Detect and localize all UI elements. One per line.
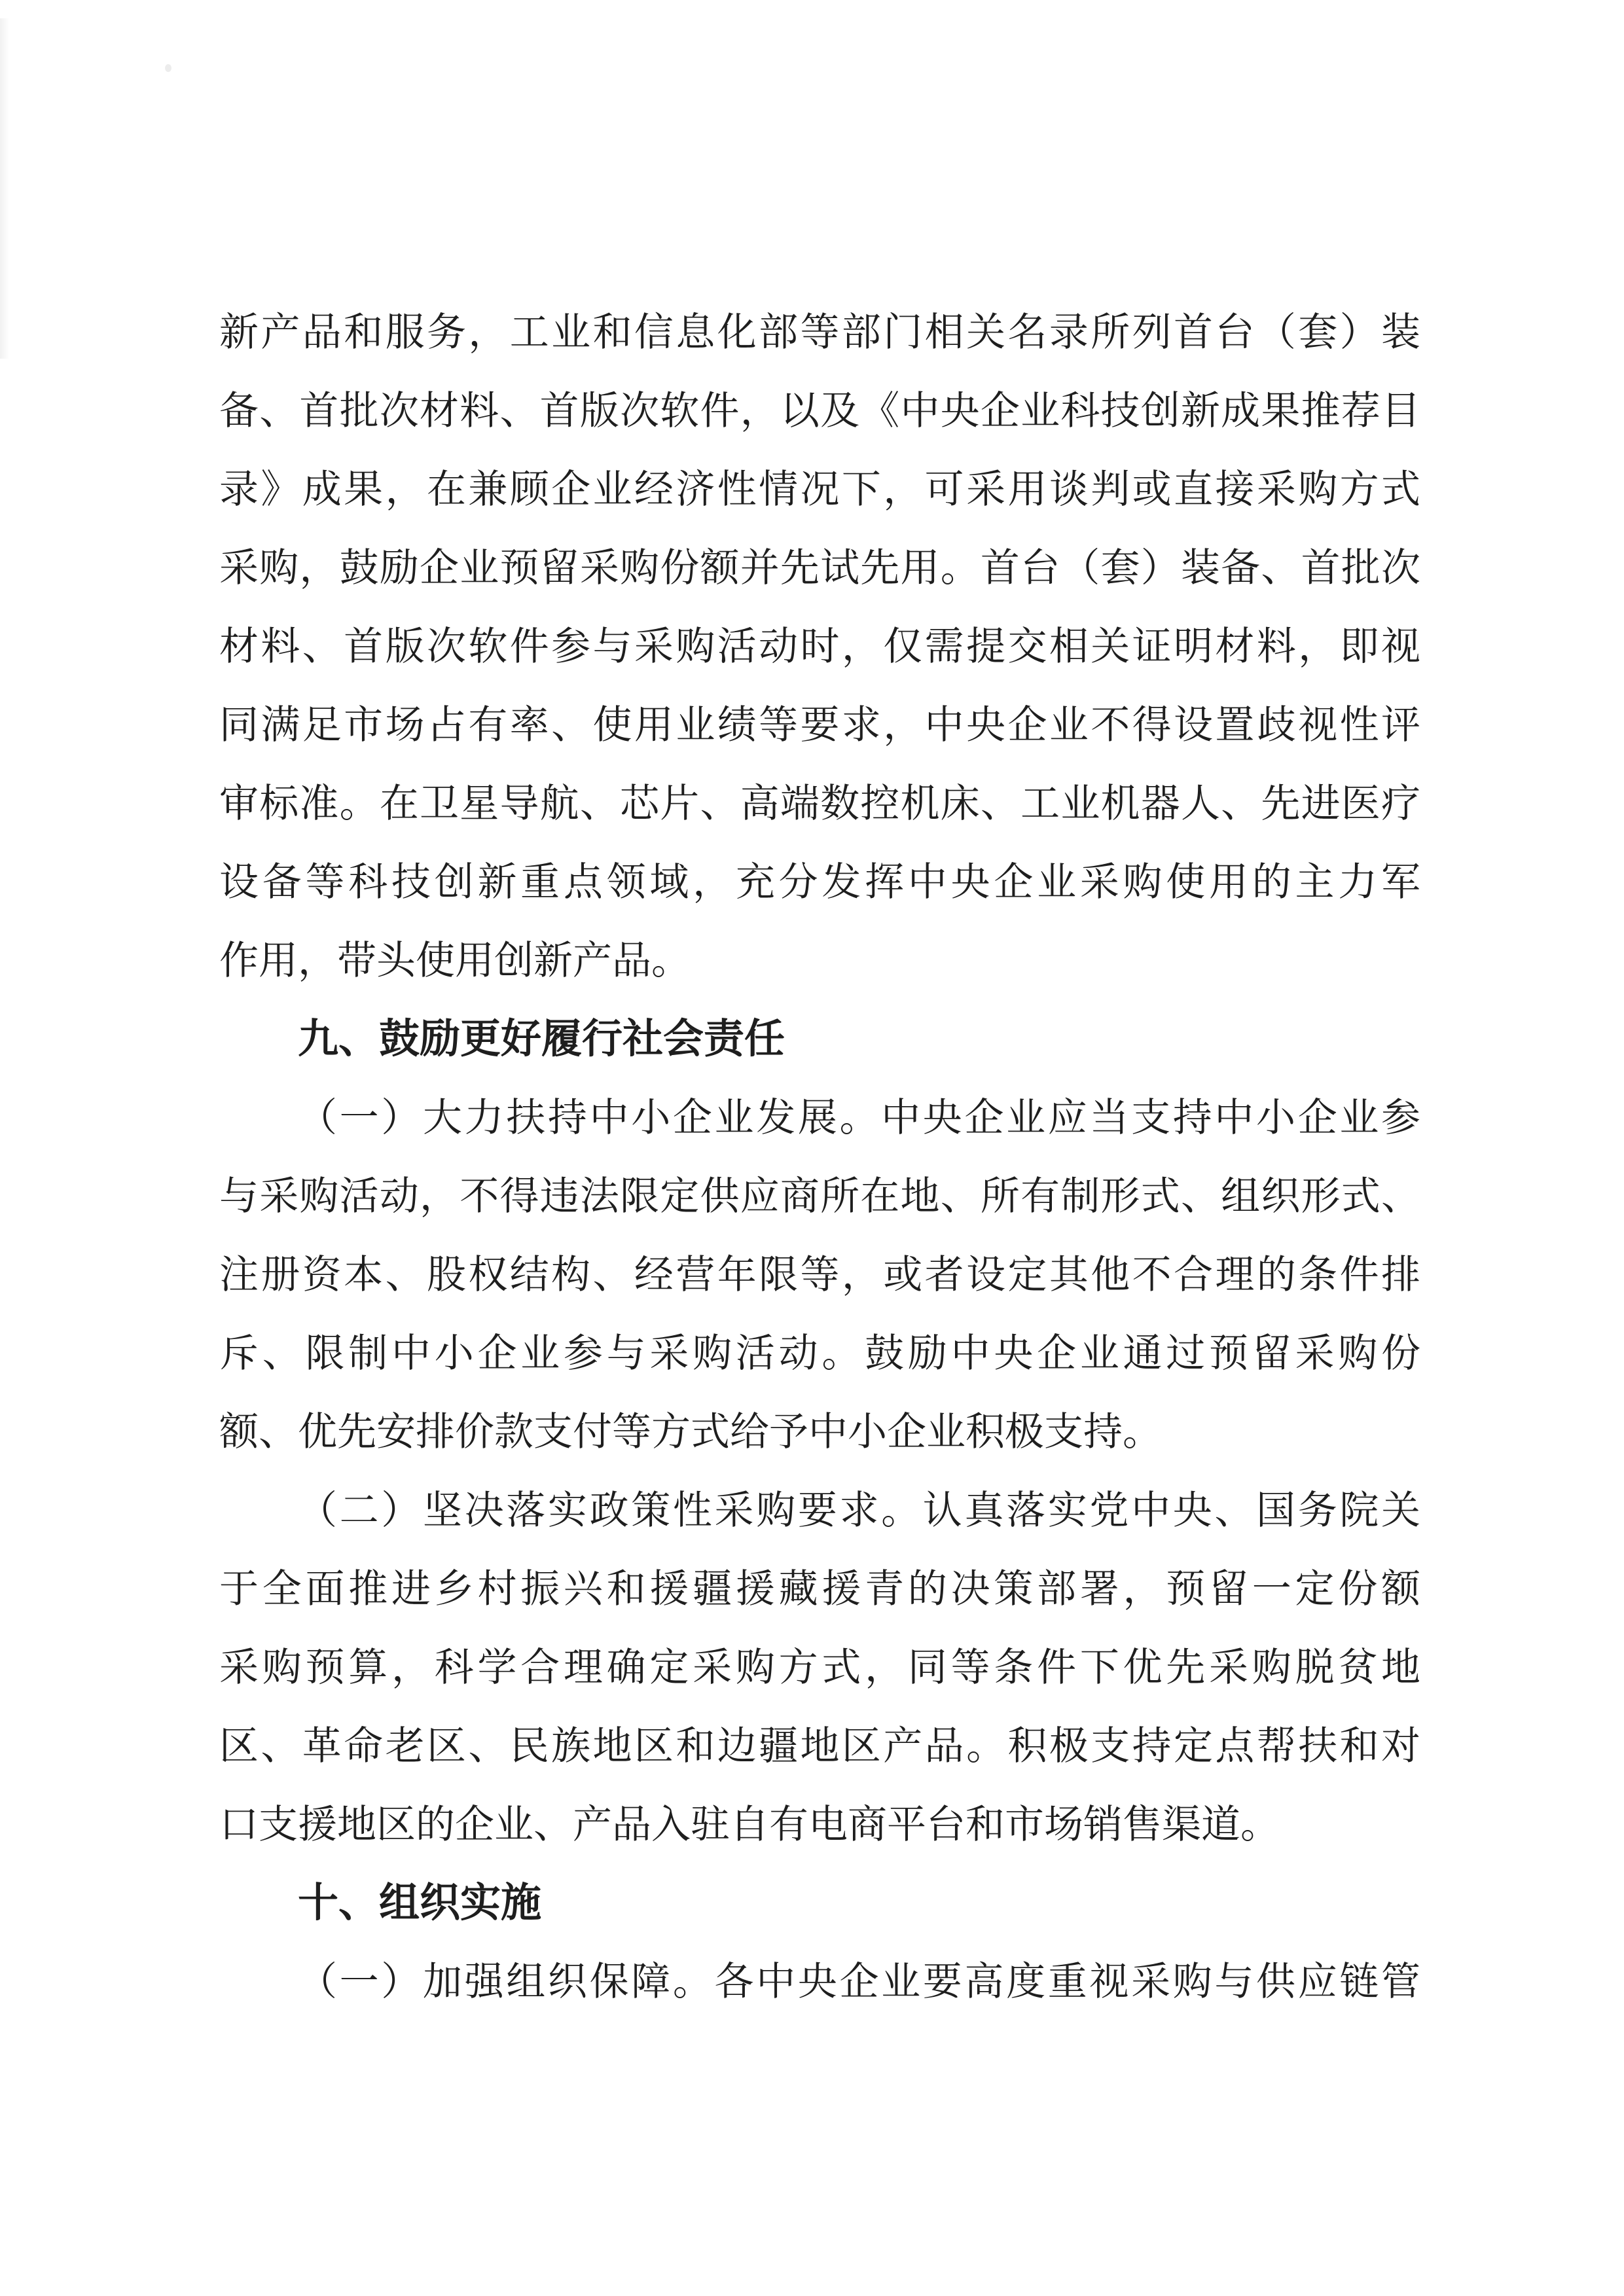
text-line: 作用，带头使用创新产品。 (219, 922, 1420, 1000)
scan-artifact-dot (165, 64, 171, 72)
text-line: （一）加强组织保障。各中央企业要高度重视采购与供应链管 (219, 1943, 1420, 2021)
text-line: 备、首批次材料、首版次软件，以及《中央企业科技创新成果推荐目 (219, 372, 1420, 450)
scan-edge-shadow (0, 18, 9, 359)
text-line: 区、革命老区、民族地区和边疆地区产品。积极支持定点帮扶和对 (219, 1707, 1420, 1785)
section-heading: 十、组织实施 (219, 1864, 1420, 1943)
text-line: 审标准。在卫星导航、芯片、高端数控机床、工业机器人、先进医疗 (219, 764, 1420, 843)
document-page: 新产品和服务，工业和信息化部等部门相关名录所列首台（套）装 备、首批次材料、首版… (0, 0, 1624, 2296)
text-line: （一）大力扶持中小企业发展。中央企业应当支持中小企业参 (219, 1079, 1420, 1157)
text-line: 口支援地区的企业、产品入驻自有电商平台和市场销售渠道。 (219, 1785, 1420, 1864)
text-line: 斥、限制中小企业参与采购活动。鼓励中央企业通过预留采购份 (219, 1314, 1420, 1393)
text-line: 录》成果，在兼顾企业经济性情况下，可采用谈判或直接采购方式 (219, 450, 1420, 529)
text-line: 同满足市场占有率、使用业绩等要求，中央企业不得设置歧视性评 (219, 686, 1420, 764)
text-line: 设备等科技创新重点领域，充分发挥中央企业采购使用的主力军 (219, 843, 1420, 922)
text-line: 注册资本、股权结构、经营年限等，或者设定其他不合理的条件排 (219, 1236, 1420, 1314)
text-line: 新产品和服务，工业和信息化部等部门相关名录所列首台（套）装 (219, 293, 1420, 372)
section-heading: 九、鼓励更好履行社会责任 (219, 1000, 1420, 1079)
document-text-block: 新产品和服务，工业和信息化部等部门相关名录所列首台（套）装 备、首批次材料、首版… (219, 293, 1420, 2021)
text-line: 于全面推进乡村振兴和援疆援藏援青的决策部署，预留一定份额 (219, 1550, 1420, 1628)
text-line: 采购，鼓励企业预留采购份额并先试先用。首台（套）装备、首批次 (219, 529, 1420, 607)
text-line: 额、优先安排价款支付等方式给予中小企业积极支持。 (219, 1393, 1420, 1471)
text-line: 与采购活动，不得违法限定供应商所在地、所有制形式、组织形式、 (219, 1157, 1420, 1236)
text-line: 采购预算，科学合理确定采购方式，同等条件下优先采购脱贫地 (219, 1628, 1420, 1707)
text-line: 材料、首版次软件参与采购活动时，仅需提交相关证明材料，即视 (219, 607, 1420, 686)
text-line: （二）坚决落实政策性采购要求。认真落实党中央、国务院关 (219, 1471, 1420, 1550)
